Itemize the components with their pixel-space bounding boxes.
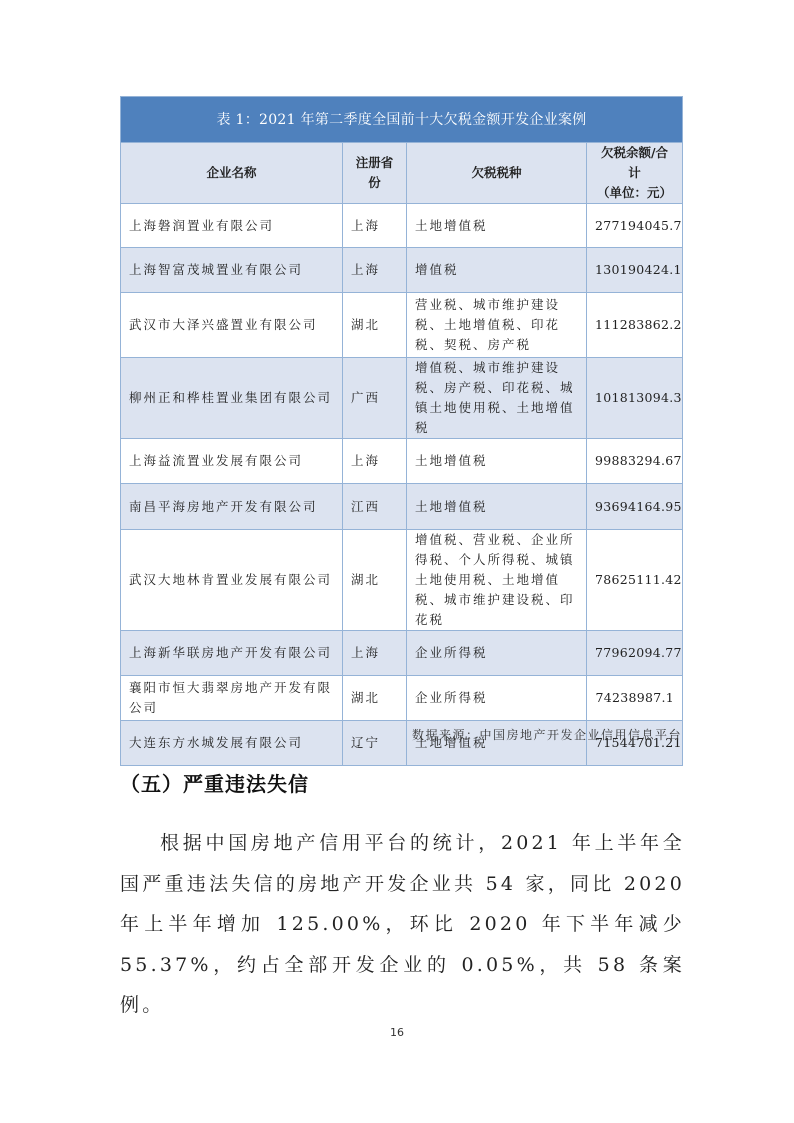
company-name: 上海智富茂城置业有限公司 — [121, 248, 343, 293]
province: 上海 — [343, 248, 407, 293]
company-name: 上海益流置业发展有限公司 — [121, 439, 343, 484]
tax-type: 增值税 — [407, 248, 587, 293]
tax-type: 营业税、城市维护建设税、土地增值税、印花税、契税、房产税 — [407, 293, 587, 358]
amount: 77962094.77 — [587, 631, 683, 676]
page-number: 16 — [0, 1026, 794, 1039]
tax-type: 增值税、城市维护建设税、房产税、印花税、城镇土地使用税、土地增值税 — [407, 358, 587, 439]
province: 上海 — [343, 439, 407, 484]
amount: 111283862.2 — [587, 293, 683, 358]
amount: 130190424.1 — [587, 248, 683, 293]
company-name: 武汉大地林肯置业发展有限公司 — [121, 530, 343, 631]
amount: 78625111.42 — [587, 530, 683, 631]
table-row: 上海磐润置业有限公司 上海 土地增值税 277194045.7 — [121, 204, 683, 248]
body-paragraph: 根据中国房地产信用平台的统计，2021 年上半年全国严重违法失信的房地产开发企业… — [120, 823, 685, 1026]
table-row: 上海智富茂城置业有限公司 上海 增值税 130190424.1 — [121, 248, 683, 293]
amount: 101813094.3 — [587, 358, 683, 439]
company-name: 大连东方水城发展有限公司 — [121, 721, 343, 766]
province: 湖北 — [343, 676, 407, 721]
table-title: 表 1：2021 年第二季度全国前十大欠税金额开发企业案例 — [121, 97, 683, 143]
province: 上海 — [343, 204, 407, 248]
document-page: 表 1：2021 年第二季度全国前十大欠税金额开发企业案例 企业名称 注册省份 … — [0, 0, 794, 1123]
tax-type: 土地增值税 — [407, 204, 587, 248]
company-name: 柳州正和桦桂置业集团有限公司 — [121, 358, 343, 439]
company-name: 襄阳市恒大翡翠房地产开发有限公司 — [121, 676, 343, 721]
amount: 93694164.95 — [587, 484, 683, 530]
province: 湖北 — [343, 293, 407, 358]
province: 湖北 — [343, 530, 407, 631]
table-row: 上海益流置业发展有限公司 上海 土地增值税 99883294.67 — [121, 439, 683, 484]
table-row: 武汉大地林肯置业发展有限公司 湖北 增值税、营业税、企业所得税、个人所得税、城镇… — [121, 530, 683, 631]
tax-type: 土地增值税 — [407, 439, 587, 484]
table-title-row: 表 1：2021 年第二季度全国前十大欠税金额开发企业案例 — [121, 97, 683, 143]
province: 辽宁 — [343, 721, 407, 766]
data-source-note: 数据来源：中国房地产开发企业信用信息平台 — [412, 726, 682, 743]
company-name: 上海新华联房地产开发有限公司 — [121, 631, 343, 676]
section-heading: （五）严重违法失信 — [120, 768, 309, 797]
tax-type: 企业所得税 — [407, 631, 587, 676]
tax-type: 土地增值税 — [407, 484, 587, 530]
amount: 99883294.67 — [587, 439, 683, 484]
header-amount: 欠税余额/合计 （单位：元） — [587, 143, 683, 204]
table-row: 襄阳市恒大翡翠房地产开发有限公司 湖北 企业所得税 74238987.1 — [121, 676, 683, 721]
table-row: 武汉市大泽兴盛置业有限公司 湖北 营业税、城市维护建设税、土地增值税、印花税、契… — [121, 293, 683, 358]
province: 上海 — [343, 631, 407, 676]
amount: 74238987.1 — [587, 676, 683, 721]
company-name: 上海磐润置业有限公司 — [121, 204, 343, 248]
tax-type: 企业所得税 — [407, 676, 587, 721]
header-tax-type: 欠税税种 — [407, 143, 587, 204]
header-province: 注册省份 — [343, 143, 407, 204]
tax-arrears-table: 表 1：2021 年第二季度全国前十大欠税金额开发企业案例 企业名称 注册省份 … — [120, 96, 683, 766]
table-row: 柳州正和桦桂置业集团有限公司 广西 增值税、城市维护建设税、房产税、印花税、城镇… — [121, 358, 683, 439]
company-name: 南昌平海房地产开发有限公司 — [121, 484, 343, 530]
header-amount-line1: 欠税余额/合计 — [595, 143, 674, 183]
table-row: 上海新华联房地产开发有限公司 上海 企业所得税 77962094.77 — [121, 631, 683, 676]
header-amount-unit: （单位：元） — [595, 183, 674, 203]
company-name: 武汉市大泽兴盛置业有限公司 — [121, 293, 343, 358]
amount: 277194045.7 — [587, 204, 683, 248]
table-header-row: 企业名称 注册省份 欠税税种 欠税余额/合计 （单位：元） — [121, 143, 683, 204]
province: 江西 — [343, 484, 407, 530]
tax-type: 增值税、营业税、企业所得税、个人所得税、城镇土地使用税、土地增值税、城市维护建设… — [407, 530, 587, 631]
province: 广西 — [343, 358, 407, 439]
header-company-name: 企业名称 — [121, 143, 343, 204]
table-row: 南昌平海房地产开发有限公司 江西 土地增值税 93694164.95 — [121, 484, 683, 530]
